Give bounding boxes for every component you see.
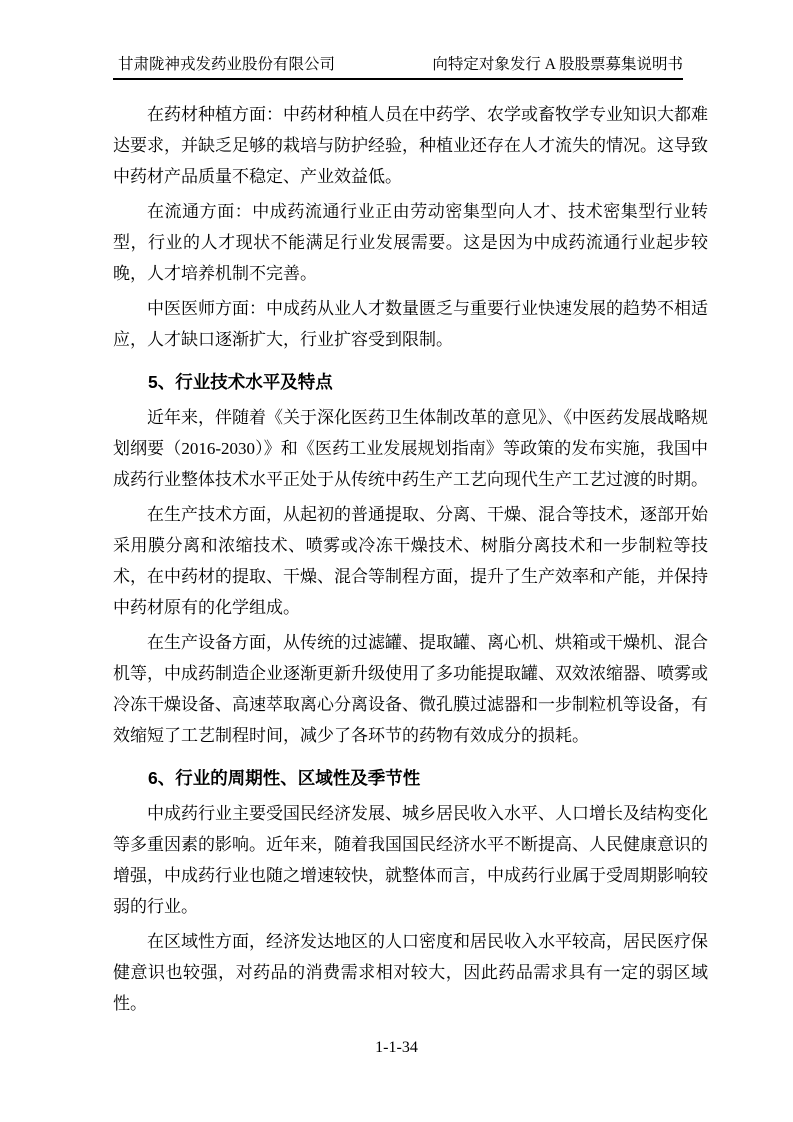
section-heading-6-cyclicality: 6、行业的周期性、区域性及季节性 (113, 763, 708, 794)
paragraph-circulation: 在流通方面：中成药流通行业正由劳动密集型向人才、技术密集型行业转型，行业的人才现… (113, 196, 708, 289)
paragraph-herb-planting: 在药材种植方面：中药材种植人员在中药学、农学或畜牧学专业知识大都难达要求，并缺乏… (113, 99, 708, 192)
paragraph-production-technology: 在生产技术方面，从起初的普通提取、分离、干燥、混合等技术，逐部开始采用膜分离和浓… (113, 499, 708, 623)
page-header: 甘肃陇神戎发药业股份有限公司 向特定对象发行 A 股股票募集说明书 (113, 55, 683, 80)
paragraph-policy-background: 近年来，伴随着《关于深化医药卫生体制改革的意见》、《中医药发展战略规划纲要（20… (113, 402, 708, 495)
paragraph-tcm-physicians: 中医医师方面：中成药从业人才数量匮乏与重要行业快速发展的趋势不相适应，人才缺口逐… (113, 293, 708, 355)
page-number: 1-1-34 (375, 1039, 418, 1056)
page-footer: 1-1-34 (0, 1036, 793, 1060)
paragraph-production-equipment: 在生产设备方面，从传统的过滤罐、提取罐、离心机、烘箱或干燥机、混合机等，中成药制… (113, 627, 708, 751)
section-heading-5-industry-technology: 5、行业技术水平及特点 (113, 367, 708, 398)
header-company-name: 甘肃陇神戎发药业股份有限公司 (113, 55, 335, 75)
document-body: 在药材种植方面：中药材种植人员在中药学、农学或畜牧学专业知识大都难达要求，并缺乏… (113, 99, 708, 1023)
paragraph-cyclicality: 中成药行业主要受国民经济发展、城乡居民收入水平、人口增长及结构变化等多重因素的影… (113, 798, 708, 922)
header-document-title: 向特定对象发行 A 股股票募集说明书 (432, 55, 683, 75)
prospectus-page: 甘肃陇神戎发药业股份有限公司 向特定对象发行 A 股股票募集说明书 在药材种植方… (0, 0, 793, 1122)
paragraph-regionality: 在区域性方面，经济发达地区的人口密度和居民收入水平较高，居民医疗保健意识也较强，… (113, 926, 708, 1019)
